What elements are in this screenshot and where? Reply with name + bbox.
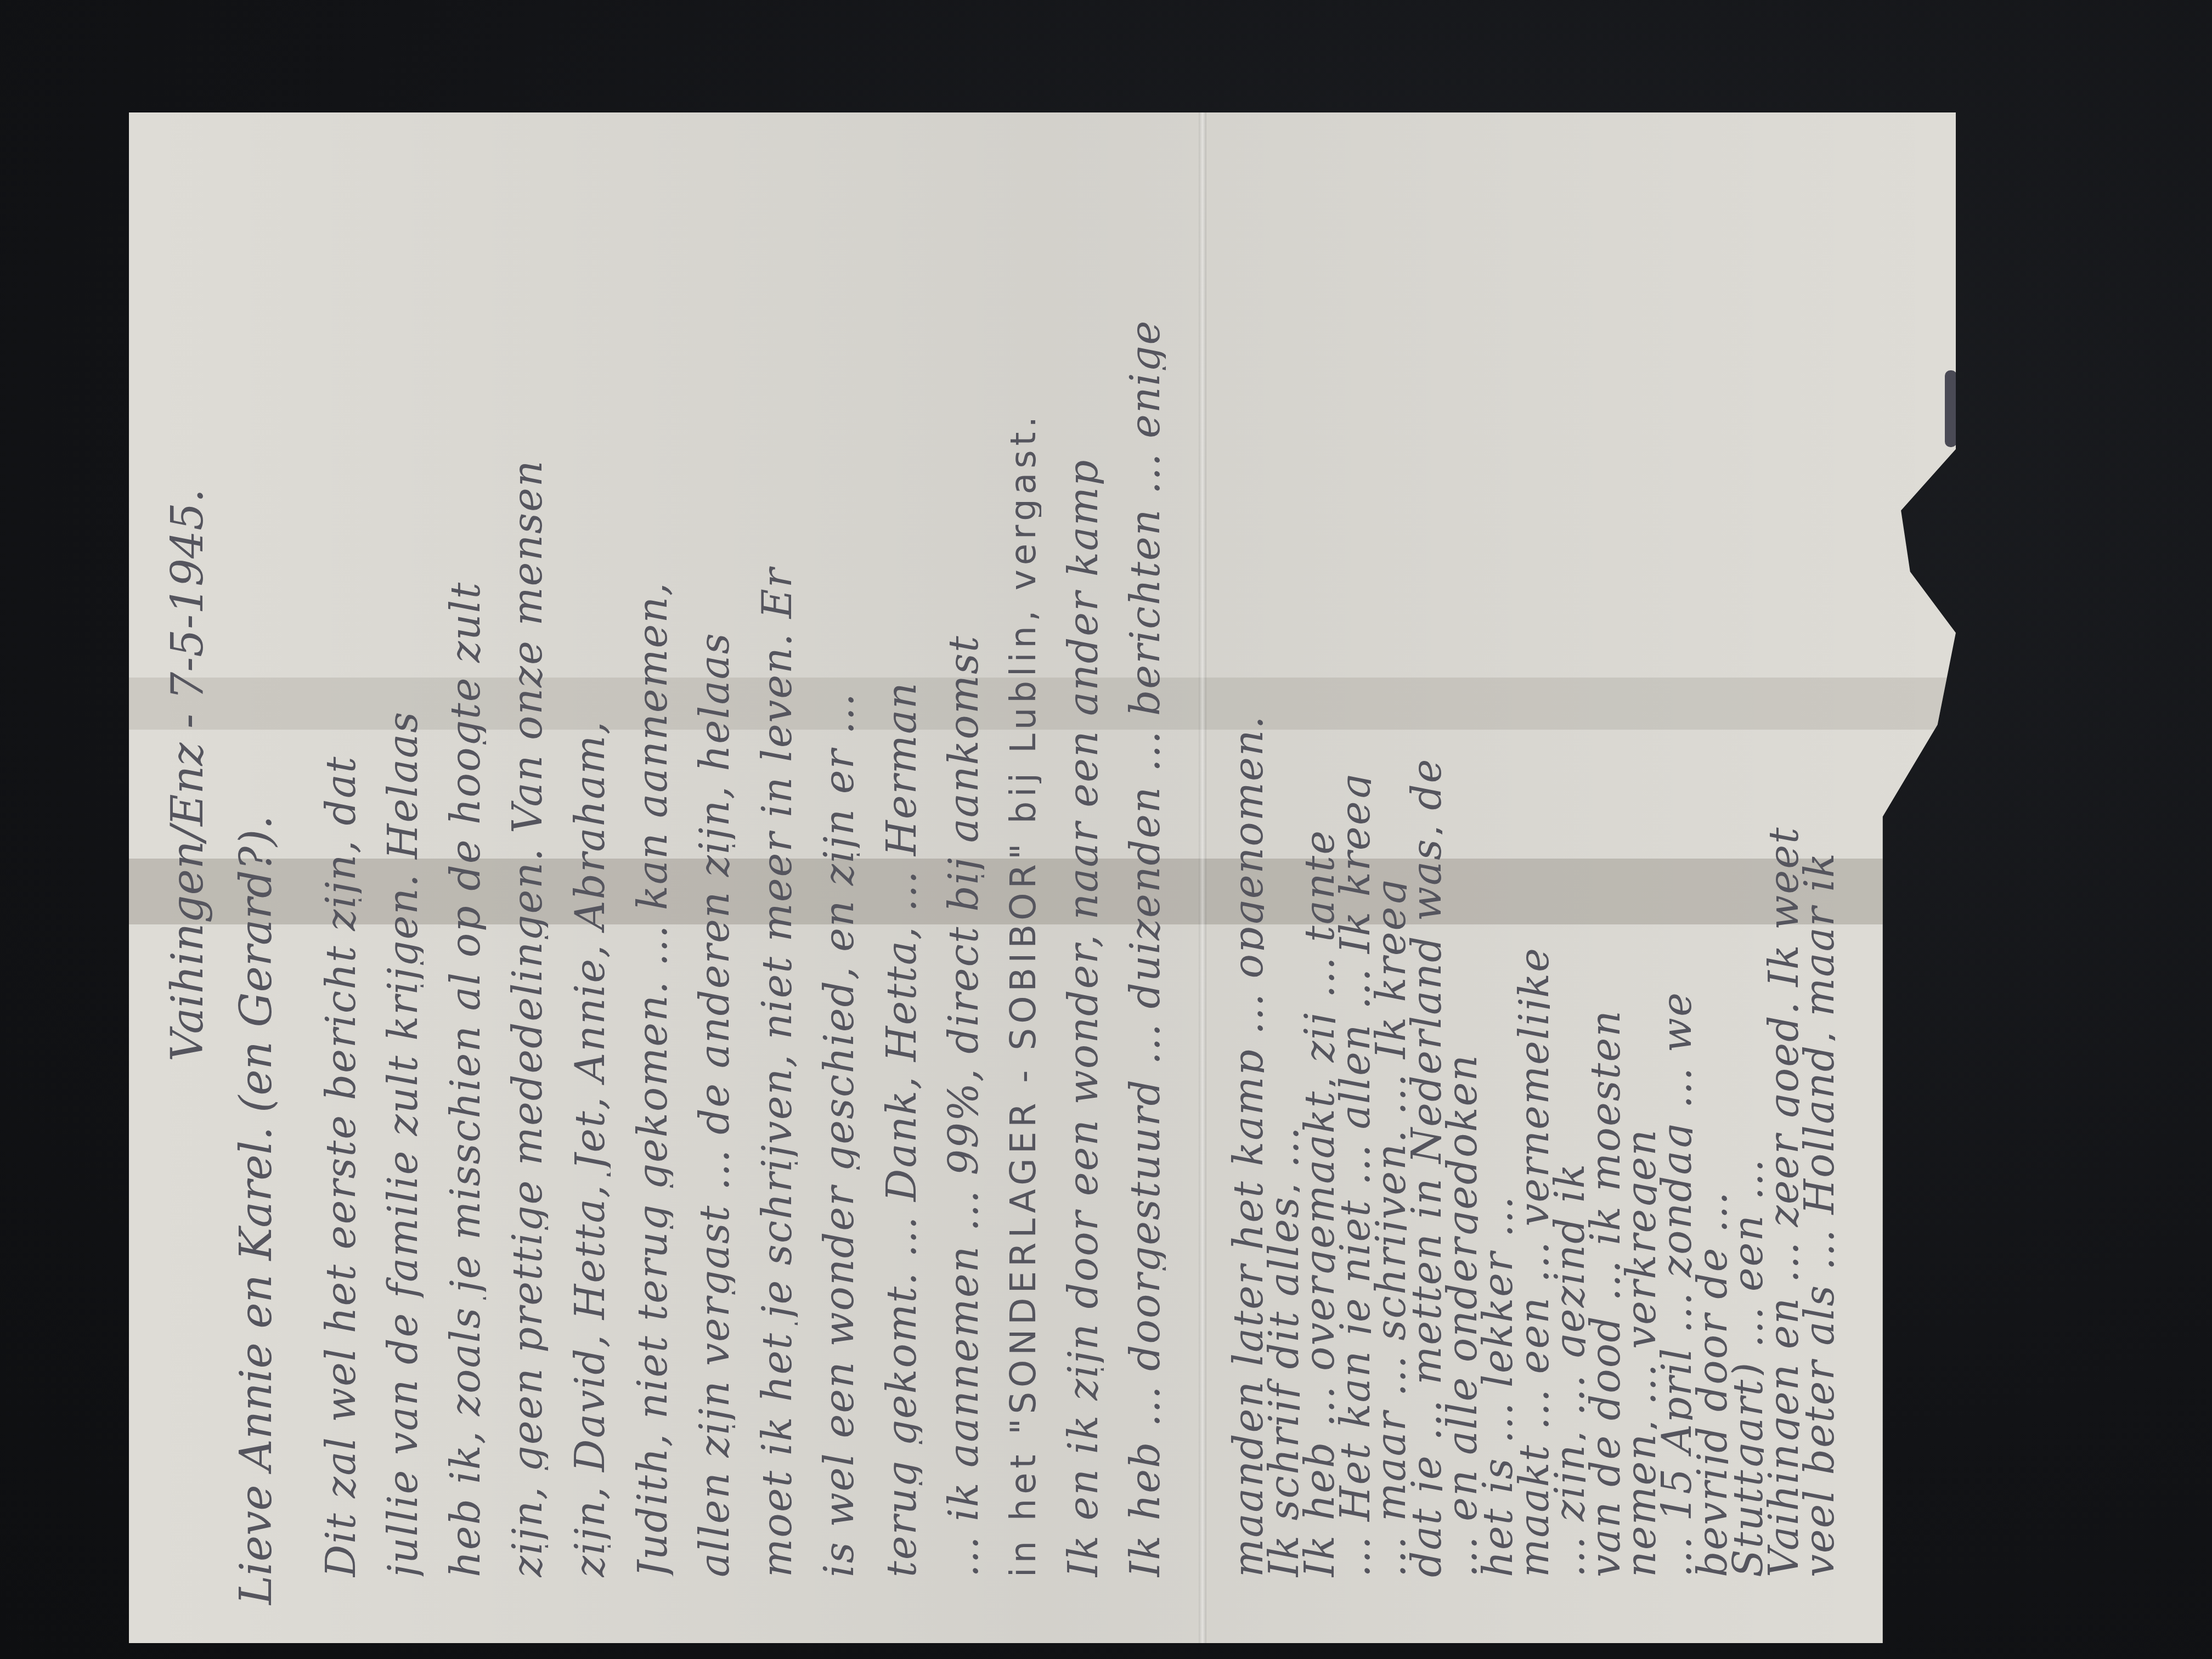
text-line: terug gekomt. ... Dank, Hetta, ... Herma… [882,178,922,1577]
text-line: allen zijn vergast ... de anderen zijn, … [695,178,735,1577]
text-line: maanden later het kamp ... opgenomen. [1228,178,1264,1577]
text-line: Ik en ik zijn door een wonder, naar een … [1063,178,1104,1577]
text-line: Stuttgart) ... een ... [1728,178,1764,1577]
text-line: veel beter als ... Holland, maar ik [1799,178,1835,1577]
text-line: ... maar ... schrijven. ... Ik kreeg [1371,178,1407,1577]
text-line: zijn, David, Hetta, Jet, Annie, Abraham, [570,178,611,1577]
scribbled-out-mark [1945,370,1957,447]
text-line: Ik heb ... doorgestuurd ... duizenden ..… [1125,178,1166,1577]
text-line: maakt ... een ... vernemelijke [1514,178,1550,1577]
page-2-body: maanden later het kamp ... opgenomen. Ik… [1228,178,1835,1577]
text-line: ... ik aannemen ... 99%, direct bij aank… [944,178,984,1577]
text-line: Ik heb ... overgemaakt, zij ... tante [1300,178,1335,1577]
text-line: nemen, ... verkregen [1621,178,1657,1577]
date: 7-5-1945. [162,489,213,700]
text-line: moet ik het je schrijven, niet meer in l… [757,178,798,1577]
text-line: Vaihingen en ... zeer goed. Ik weet [1764,178,1799,1577]
place: Vaihingen/Enz [162,743,213,1062]
text-line: Ik schrijf dit alles, ... [1264,178,1300,1577]
text-line: is wel een wonder geschied, en zijn er .… [819,178,860,1577]
letter-paper: Vaihingen/Enz - 7-5-1945. Lieve Annie en… [129,112,1956,1643]
greeting: Lieve Annie en Karel. (en Gerard?). [230,398,281,1605]
text-line-sonderlager: in het "SONDERLAGER - SOBIBOR" bij Lubli… [1006,178,1041,1577]
text-line: bevrijd door de ... [1692,178,1728,1577]
text-line: heb ik, zoals je misschien al op de hoog… [445,178,486,1577]
text-line: ... en alle ondergedoken [1442,178,1478,1577]
text-line: van de dood ... ik moesten [1585,178,1621,1577]
letter-page-1: Vaihingen/Enz - 7-5-1945. Lieve Annie en… [129,112,1199,1643]
text-line: jullie van de familie zult krijgen. Hela… [383,178,424,1577]
fold-crease-vertical [1199,112,1206,1643]
page-1-body: Dit zal wel het eerste bericht zijn, dat… [310,178,1177,1577]
text-line: Dit zal wel het eerste bericht zijn, dat [321,178,362,1577]
text-line: dat je ... metten in Nederland was, de [1407,178,1442,1577]
text-line: het is ... lekker ... [1478,178,1514,1577]
text-line: Judith, niet terug gekomen. ... kan aann… [633,178,673,1577]
text-line: zijn, geen prettige mededelingen. Van on… [507,178,548,1577]
letter-page-2: maanden later het kamp ... opgenomen. Ik… [1206,112,1956,1643]
text-line: ... 15 April ... zondag ... we [1657,178,1692,1577]
letter-header: Vaihingen/Enz - 7-5-1945. [162,294,213,1062]
text-line: ... Het kan je niet ... allen ... Ik kre… [1335,178,1371,1577]
text-line: ... zijn, ... gezind ik [1550,178,1585,1577]
